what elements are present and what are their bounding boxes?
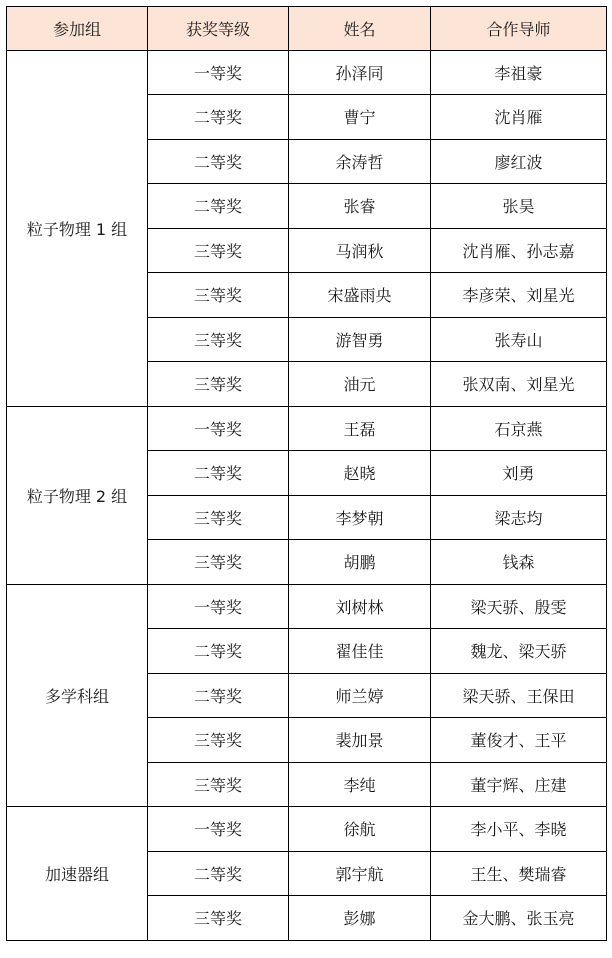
advisor-cell: 刘勇 bbox=[431, 451, 607, 496]
name-cell: 张睿 bbox=[289, 184, 431, 229]
advisor-cell: 董俊才、王平 bbox=[431, 718, 607, 763]
name-cell: 李纯 bbox=[289, 762, 431, 807]
header-award-level: 获奖等级 bbox=[148, 7, 289, 51]
award-level-cell: 二等奖 bbox=[148, 629, 289, 674]
advisor-cell: 石京燕 bbox=[431, 406, 607, 451]
name-cell: 刘树林 bbox=[289, 584, 431, 629]
advisor-cell: 沈肖雁、孙志嘉 bbox=[431, 228, 607, 273]
award-level-cell: 三等奖 bbox=[148, 896, 289, 941]
advisor-cell: 董宇辉、庄建 bbox=[431, 762, 607, 807]
name-cell: 徐航 bbox=[289, 807, 431, 852]
advisor-cell: 沈肖雁 bbox=[431, 95, 607, 140]
header-name: 姓名 bbox=[289, 7, 431, 51]
name-cell: 油元 bbox=[289, 362, 431, 407]
group-cell: 加速器组 bbox=[7, 807, 148, 941]
header-row: 参加组 获奖等级 姓名 合作导师 bbox=[7, 7, 607, 51]
name-cell: 游智勇 bbox=[289, 317, 431, 362]
advisor-cell: 王生、樊瑞睿 bbox=[431, 851, 607, 896]
header-advisor: 合作导师 bbox=[431, 7, 607, 51]
award-level-cell: 二等奖 bbox=[148, 95, 289, 140]
advisor-cell: 廖红波 bbox=[431, 139, 607, 184]
award-level-cell: 三等奖 bbox=[148, 540, 289, 585]
name-cell: 孙泽同 bbox=[289, 50, 431, 95]
name-cell: 赵晓 bbox=[289, 451, 431, 496]
award-level-cell: 二等奖 bbox=[148, 139, 289, 184]
advisor-cell: 梁志均 bbox=[431, 495, 607, 540]
name-cell: 宋盛雨央 bbox=[289, 273, 431, 318]
advisor-cell: 张昊 bbox=[431, 184, 607, 229]
award-level-cell: 二等奖 bbox=[148, 851, 289, 896]
name-cell: 翟佳佳 bbox=[289, 629, 431, 674]
group-cell: 多学科组 bbox=[7, 584, 148, 807]
advisor-cell: 梁天骄、王保田 bbox=[431, 673, 607, 718]
advisor-cell: 李小平、李晓 bbox=[431, 807, 607, 852]
award-level-cell: 一等奖 bbox=[148, 807, 289, 852]
header-group: 参加组 bbox=[7, 7, 148, 51]
name-cell: 李梦朝 bbox=[289, 495, 431, 540]
award-level-cell: 三等奖 bbox=[148, 495, 289, 540]
name-cell: 余涛哲 bbox=[289, 139, 431, 184]
advisor-cell: 李祖豪 bbox=[431, 50, 607, 95]
award-level-cell: 一等奖 bbox=[148, 50, 289, 95]
name-cell: 郭宇航 bbox=[289, 851, 431, 896]
name-cell: 胡鹏 bbox=[289, 540, 431, 585]
name-cell: 曹宁 bbox=[289, 95, 431, 140]
name-cell: 裴加景 bbox=[289, 718, 431, 763]
award-level-cell: 二等奖 bbox=[148, 451, 289, 496]
advisor-cell: 张寿山 bbox=[431, 317, 607, 362]
group-cell: 粒子物理 1 组 bbox=[7, 50, 148, 406]
table-row: 多学科组 一等奖 刘树林 梁天骄、殷雯 bbox=[7, 584, 607, 629]
group-cell: 粒子物理 2 组 bbox=[7, 406, 148, 584]
award-level-cell: 一等奖 bbox=[148, 406, 289, 451]
award-level-cell: 三等奖 bbox=[148, 762, 289, 807]
award-level-cell: 三等奖 bbox=[148, 273, 289, 318]
table-row: 加速器组 一等奖 徐航 李小平、李晓 bbox=[7, 807, 607, 852]
name-cell: 王磊 bbox=[289, 406, 431, 451]
advisor-cell: 钱森 bbox=[431, 540, 607, 585]
award-level-cell: 三等奖 bbox=[148, 362, 289, 407]
award-level-cell: 三等奖 bbox=[148, 228, 289, 273]
advisor-cell: 梁天骄、殷雯 bbox=[431, 584, 607, 629]
award-level-cell: 一等奖 bbox=[148, 584, 289, 629]
table-row: 粒子物理 1 组 一等奖 孙泽同 李祖豪 bbox=[7, 50, 607, 95]
name-cell: 师兰婷 bbox=[289, 673, 431, 718]
advisor-cell: 金大鹏、张玉亮 bbox=[431, 896, 607, 941]
advisor-cell: 李彦荣、刘星光 bbox=[431, 273, 607, 318]
awards-table: 参加组 获奖等级 姓名 合作导师 粒子物理 1 组 一等奖 孙泽同 李祖豪 二等… bbox=[6, 6, 607, 941]
table-row: 粒子物理 2 组 一等奖 王磊 石京燕 bbox=[7, 406, 607, 451]
award-level-cell: 二等奖 bbox=[148, 184, 289, 229]
advisor-cell: 张双南、刘星光 bbox=[431, 362, 607, 407]
award-level-cell: 三等奖 bbox=[148, 718, 289, 763]
award-level-cell: 二等奖 bbox=[148, 673, 289, 718]
name-cell: 马润秋 bbox=[289, 228, 431, 273]
advisor-cell: 魏龙、梁天骄 bbox=[431, 629, 607, 674]
name-cell: 彭娜 bbox=[289, 896, 431, 941]
award-level-cell: 三等奖 bbox=[148, 317, 289, 362]
